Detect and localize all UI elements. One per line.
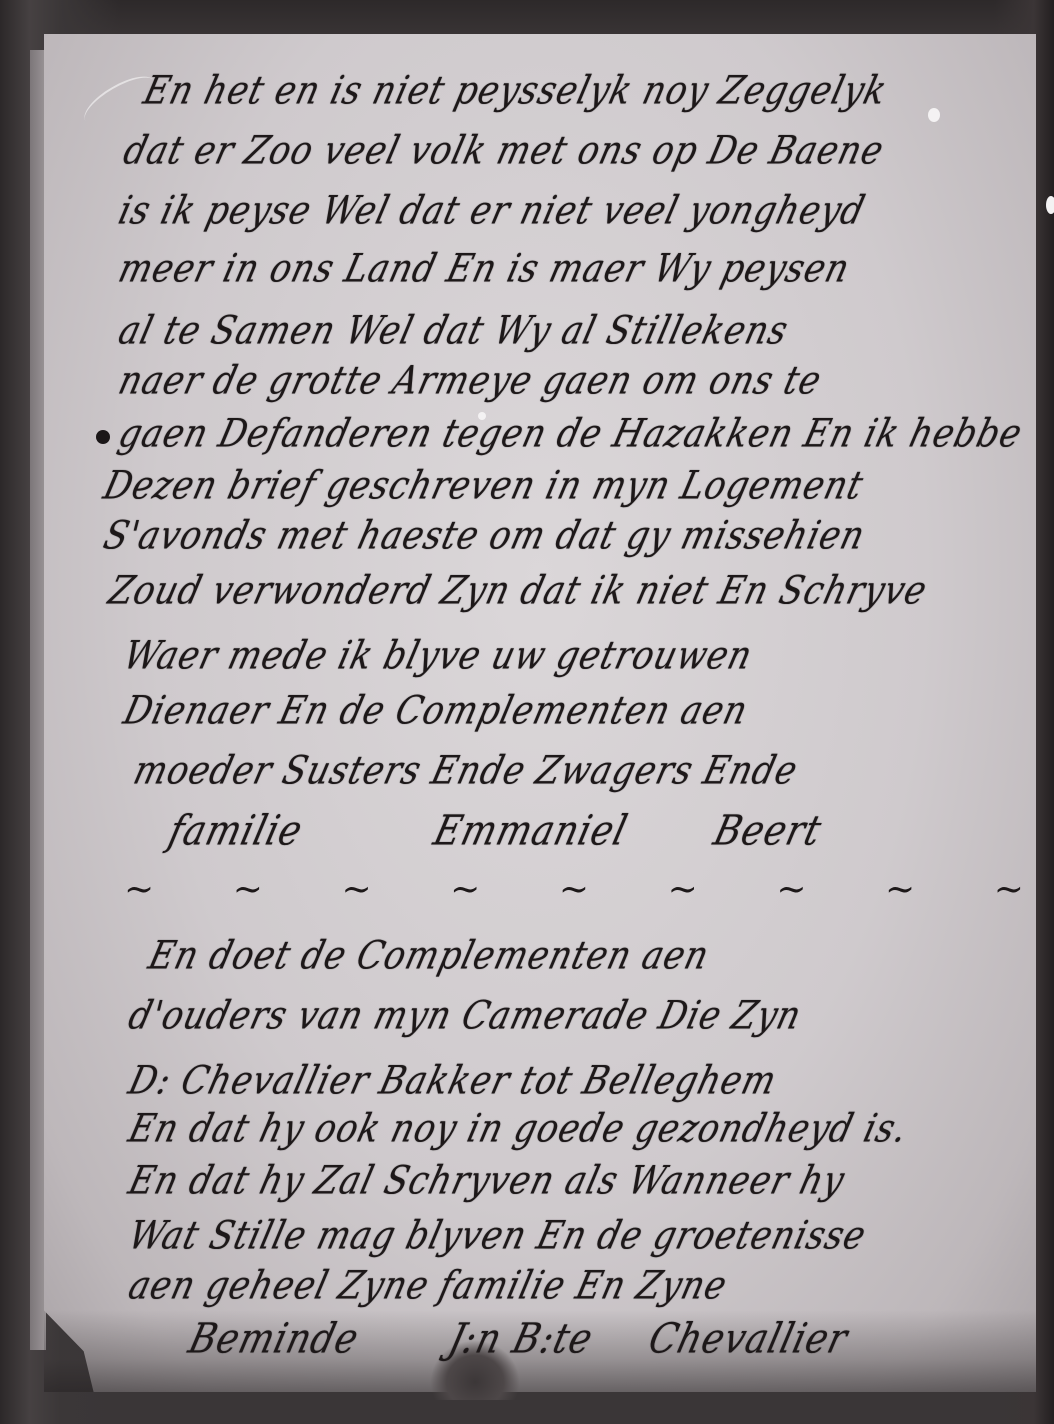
closing-surname: Chevallier (644, 1316, 853, 1363)
body-line-13: moeder Susters Ende Zwagers Ende (129, 748, 803, 794)
flourish-mark: ~ (233, 872, 263, 902)
body-line-1: En het en is niet peysselyk noy Zeggelyk (139, 68, 892, 114)
body-line-7: gaen Defanderen tegen de Hazakken En ik … (114, 411, 1027, 457)
body-line-8: Dezen brief geschreven in myn Logement (99, 463, 868, 509)
closing-beminde: Beminde (184, 1316, 364, 1363)
flourish-mark: ~ (559, 872, 589, 902)
separator-flourishes: ~ ~ ~ ~ ~ ~ ~ ~ ~ (124, 872, 1024, 902)
body-line-6: naer de grotte Armeye gaen om ons te (114, 358, 826, 404)
flourish-mark: ~ (885, 872, 915, 902)
signature-familie: familie (164, 808, 308, 855)
body-line-5: al te Samen Wel dat Wy al Stillekens (114, 308, 793, 354)
flourish-mark: ~ (341, 872, 371, 902)
postscript-line-7: aen geheel Zyne familie En Zyne (124, 1263, 732, 1309)
postscript-line-1: En doet de Complementen aen (144, 933, 714, 979)
signature-first-name: Emmaniel (429, 808, 632, 855)
body-line-9: S'avonds met haeste om dat gy missehien (99, 513, 870, 559)
flourish-mark: ~ (450, 872, 480, 902)
postscript-line-2: d'ouders van myn Camerade Die Zyn (124, 993, 806, 1039)
closing-initials: J:n B:te (444, 1316, 598, 1363)
body-line-4: meer in ons Land En is maer Wy peysen (114, 246, 855, 292)
flourish-mark: ~ (776, 872, 806, 902)
body-line-11: Waer mede ik blyve uw getrouwen (119, 633, 757, 679)
body-line-2: dat er Zoo veel volk met ons op De Baene (119, 128, 889, 174)
postscript-line-3: D: Chevallier Bakker tot Belleghem (124, 1058, 782, 1104)
flourish-mark: ~ (668, 872, 698, 902)
dust-speck (1046, 196, 1054, 214)
postscript-line-6: Wat Stille mag blyven En de groetenisse (124, 1213, 871, 1259)
flourish-mark: ~ (124, 872, 154, 902)
body-line-3: is ik peyse Wel dat er niet veel yonghey… (114, 188, 870, 234)
postscript-line-5: En dat hy Zal Schryven als Wanneer hy (124, 1158, 850, 1204)
postscript-line-4: En dat hy ook noy in goede gezondheyd is… (124, 1106, 913, 1152)
body-line-12: Dienaer En de Complementen aen (119, 688, 753, 734)
letter-content: En het en is niet peysselyk noy Zeggelyk… (44, 34, 1036, 1392)
flourish-mark: ~ (994, 872, 1024, 902)
body-line-10: Zoud verwonderd Zyn dat ik niet En Schry… (104, 568, 932, 614)
signature-last-name: Beert (709, 808, 827, 855)
